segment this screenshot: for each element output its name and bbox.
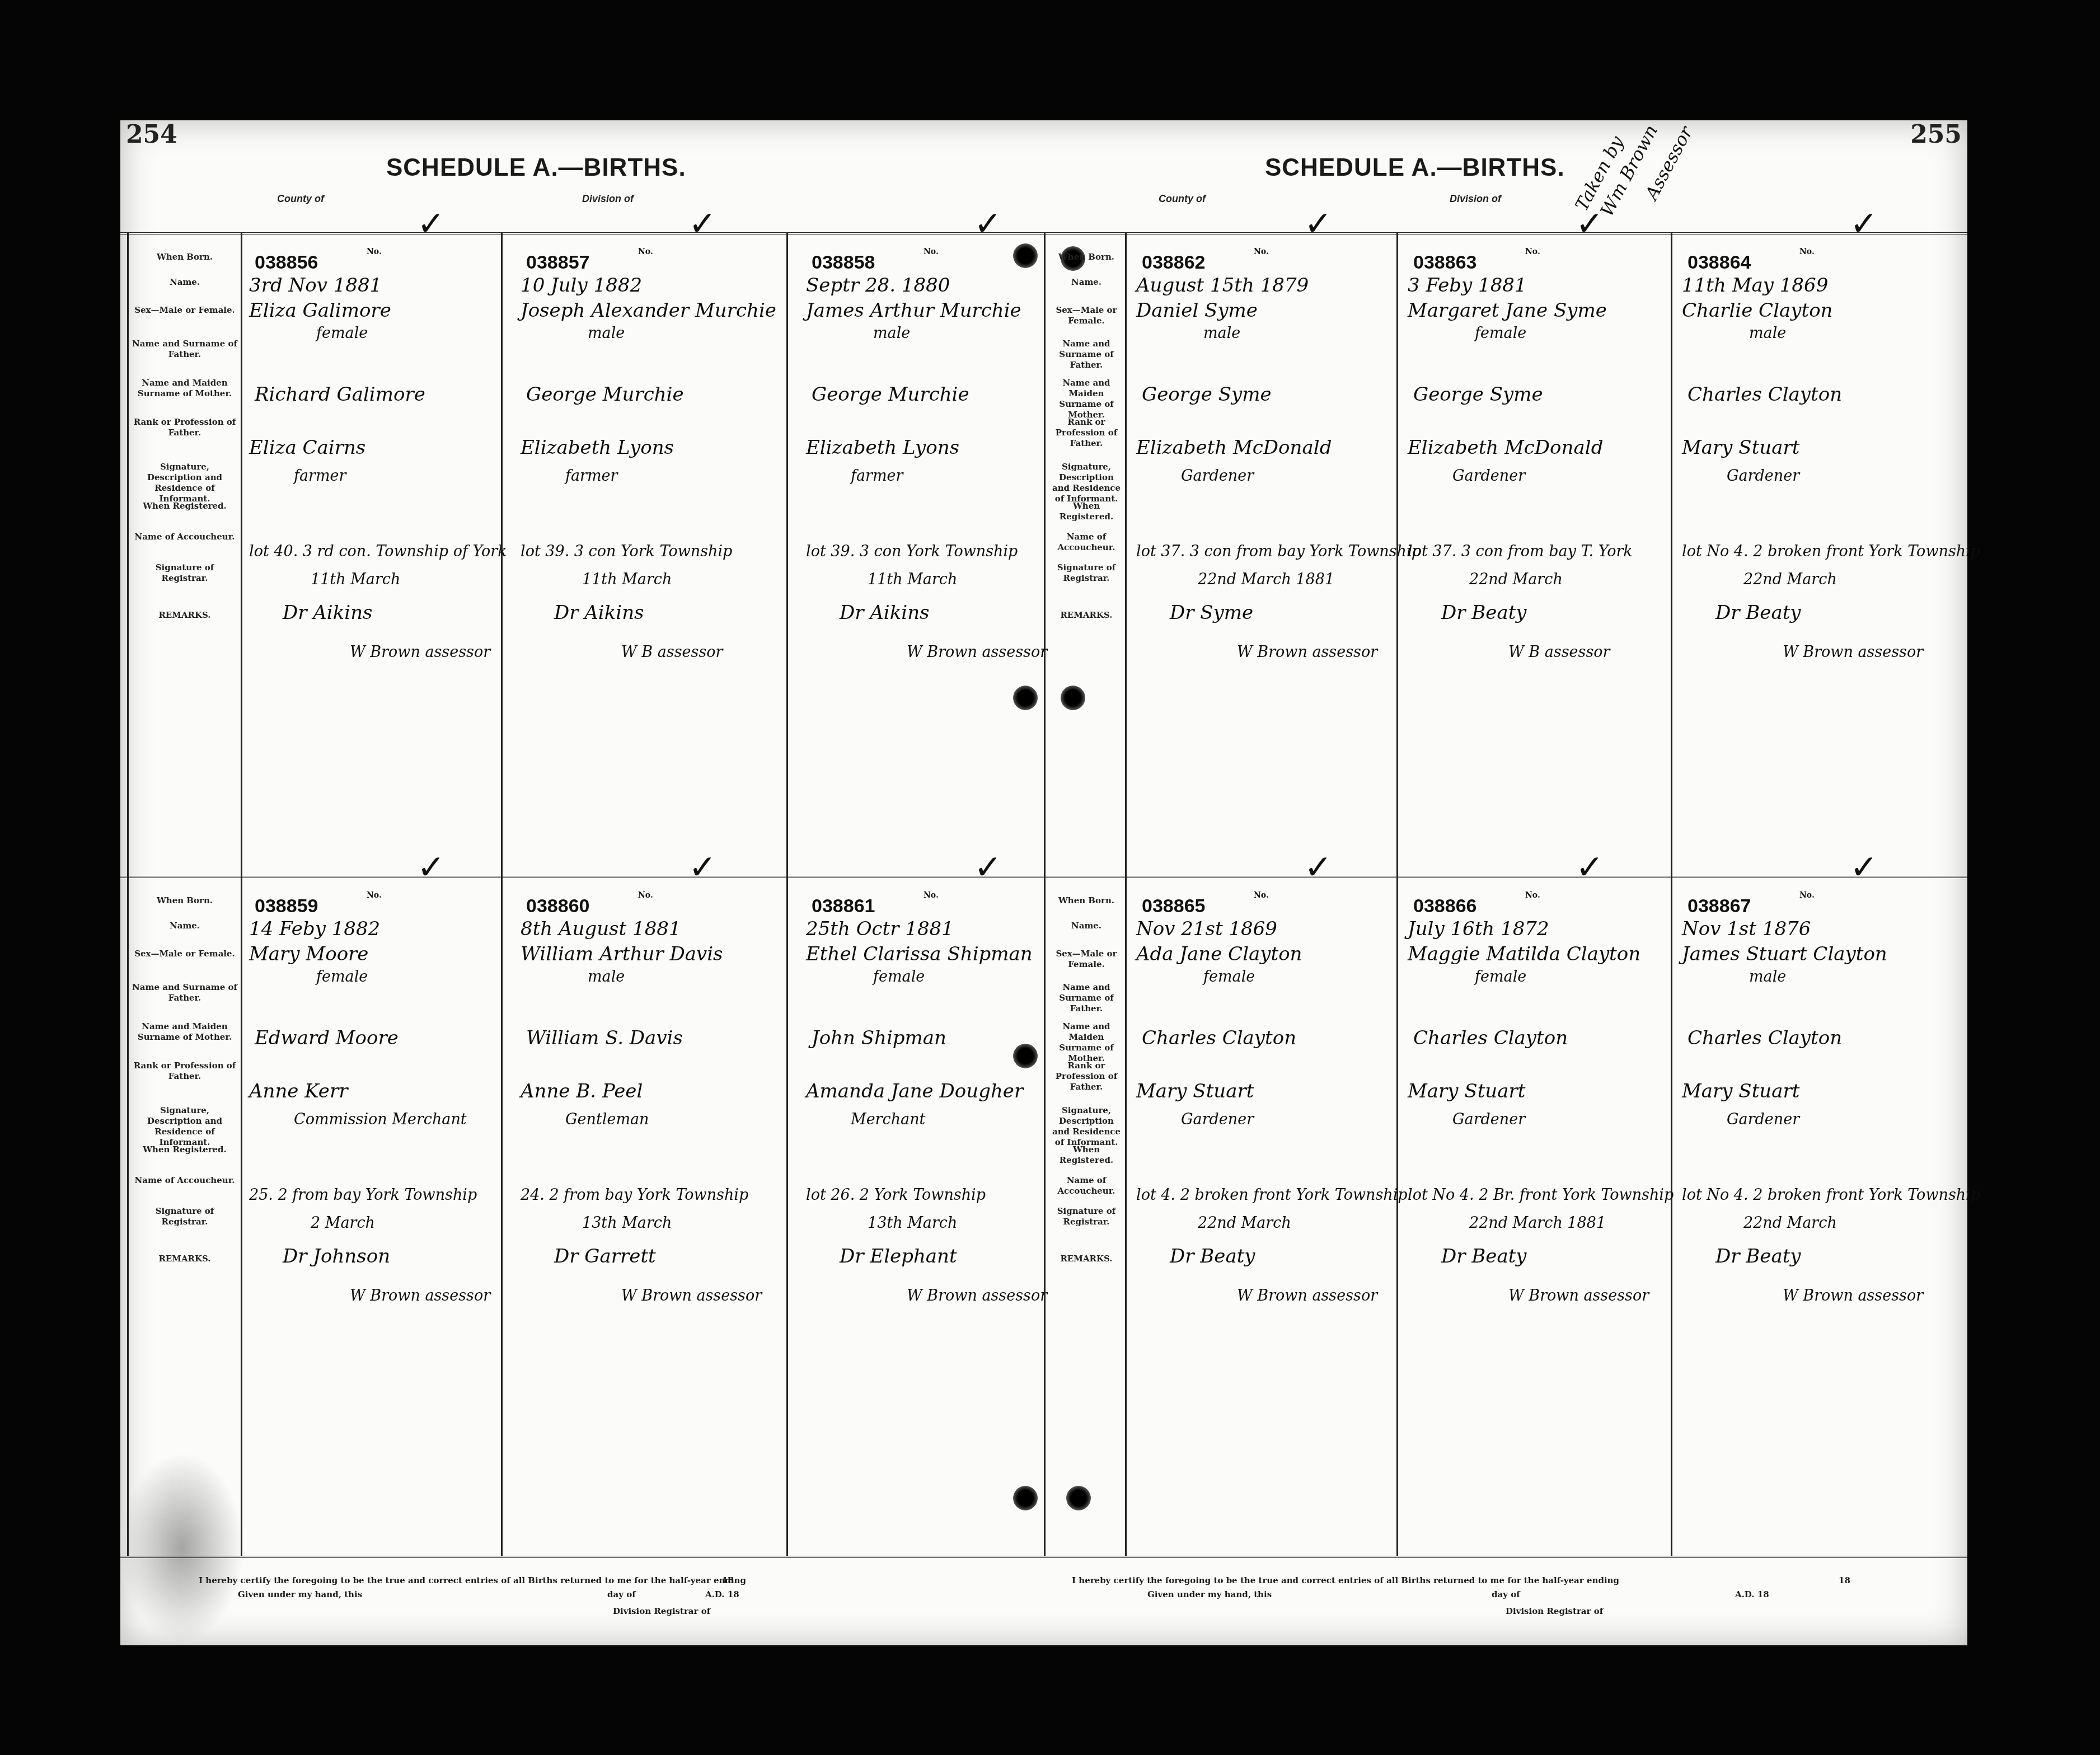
left-top-label-when-born: When Born. <box>132 252 238 262</box>
entry-mother: Mary Stuart <box>1682 1080 1799 1102</box>
check-mark-icon: ✓ <box>1850 204 1878 243</box>
no-label: No. <box>1254 247 1269 256</box>
entry-sex: male <box>1203 325 1240 342</box>
entry-profession: Gardener <box>1452 467 1525 485</box>
left-label-divider <box>241 232 242 1556</box>
entry-number: 038865 <box>1142 895 1205 917</box>
entry-informant: lot No 4. 2 Br. front York Township <box>1408 1186 1674 1204</box>
entry-profession: Gardener <box>1181 467 1254 485</box>
left-col-divider-2 <box>786 232 788 1556</box>
right-footer-ad: A.D. 18 <box>1735 1589 1769 1599</box>
left-footer-registrar: Division Registrar of <box>613 1606 710 1616</box>
entry-accoucheur: Dr Beaty <box>1715 602 1801 624</box>
left-footer-given: Given under my hand, this <box>238 1589 362 1599</box>
left-footer-certify: I hereby certify the foregoing to be the… <box>199 1575 746 1585</box>
binding-hole <box>1013 686 1038 710</box>
entry-name: Maggie Matilda Clayton <box>1408 943 1640 965</box>
right-division-caption: Division of <box>1450 193 1501 205</box>
entry-registered: 22nd March 1881 <box>1198 571 1334 588</box>
entry-father: George Murchie <box>526 383 684 406</box>
entry-informant: lot 26. 2 York Township <box>806 1186 986 1204</box>
right-bottom-label-profession: Rank or Profession of Father. <box>1049 1060 1123 1092</box>
entry-sex: female <box>316 325 368 342</box>
entry-registrar: W Brown assessor <box>907 644 1047 661</box>
no-label: No. <box>924 891 939 900</box>
right-top-label-remarks: REMARKS. <box>1049 610 1123 621</box>
entry-profession: farmer <box>851 467 903 485</box>
right-bottom-label-name: Name. <box>1049 921 1123 931</box>
entry-when-born: 25th Octr 1881 <box>806 918 954 940</box>
binding-hole <box>1066 1486 1091 1510</box>
entry-number: 038861 <box>812 895 875 917</box>
right-top-label-accoucheur: Name of Accoucheur. <box>1049 532 1123 553</box>
left-bottom-label-informant: Signature, Description and Residence of … <box>132 1105 238 1148</box>
left-bottom-label-sex: Sex—Male or Female. <box>132 949 238 959</box>
entry-when-born: Nov 1st 1876 <box>1682 918 1811 940</box>
entry-registrar: W Brown assessor <box>1237 1287 1377 1304</box>
entry-informant: 24. 2 from bay York Township <box>521 1186 748 1204</box>
left-county-caption: County of <box>277 193 324 205</box>
entry-registrar: W Brown assessor <box>1508 1287 1649 1304</box>
check-mark-icon: ✓ <box>688 848 716 887</box>
entry-father: Edward Moore <box>255 1027 399 1049</box>
entry-when-born: 14 Feby 1882 <box>249 918 380 940</box>
entry-father: George Syme <box>1413 383 1543 406</box>
right-bottom-label-sex: Sex—Male or Female. <box>1049 949 1123 970</box>
entry-sex: female <box>1475 325 1526 342</box>
right-bottom-label-when-born: When Born. <box>1049 895 1123 906</box>
entry-mother: Elizabeth McDonald <box>1408 437 1603 459</box>
bottom-rule <box>120 1556 1967 1558</box>
entry-informant: lot 4. 2 broken front York Township <box>1136 1186 1408 1204</box>
entry-mother: Mary Stuart <box>1408 1080 1525 1102</box>
entry-accoucheur: Dr Beaty <box>1170 1245 1255 1268</box>
entry-mother: Elizabeth Lyons <box>806 437 959 459</box>
entry-mother: Anne B. Peel <box>521 1080 643 1102</box>
entry-registrar: W Brown assessor <box>907 1287 1047 1304</box>
entry-registrar: W Brown assessor <box>621 1287 762 1304</box>
entry-profession: Gardener <box>1452 1111 1525 1128</box>
entry-sex: male <box>588 325 625 342</box>
entry-informant: lot No 4. 2 broken front York Township <box>1682 1186 1980 1204</box>
entry-registered: 11th March <box>311 571 400 588</box>
gutter-fold <box>1044 232 1046 1556</box>
entry-accoucheur: Dr Beaty <box>1441 602 1527 624</box>
right-top-label-father: Name and Surname of Father. <box>1049 339 1123 370</box>
entry-father: William S. Davis <box>526 1027 683 1049</box>
entry-informant: lot No 4. 2 broken front York Township <box>1682 543 1980 560</box>
entry-sex: male <box>588 968 625 986</box>
entry-name: Mary Moore <box>249 943 368 965</box>
left-bottom-label-registrar: Signature of Registrar. <box>132 1206 238 1227</box>
entry-registrar: W Brown assessor <box>1237 644 1377 661</box>
right-col-divider-2 <box>1671 232 1672 1556</box>
left-margin-line <box>127 232 129 1556</box>
entry-registered: 22nd March <box>1743 1214 1837 1232</box>
left-top-label-remarks: REMARKS. <box>132 610 238 621</box>
left-page-number: 254 <box>126 120 177 149</box>
left-footer-ad: A.D. 18 <box>705 1589 739 1599</box>
entry-name: Daniel Syme <box>1136 299 1258 322</box>
entry-registrar: W Brown assessor <box>350 644 490 661</box>
left-bottom-label-when-born: When Born. <box>132 895 238 906</box>
entry-profession: farmer <box>294 467 346 485</box>
entry-profession: Gardener <box>1727 467 1799 485</box>
paper-stain <box>120 1452 243 1643</box>
entry-number: 038856 <box>255 252 318 274</box>
left-col-divider-1 <box>501 232 503 1556</box>
entry-number: 038860 <box>526 895 589 917</box>
right-top-label-when-registered: When Registered. <box>1049 501 1123 522</box>
check-mark-icon: ✓ <box>1850 848 1878 887</box>
entry-name: Ada Jane Clayton <box>1136 943 1302 965</box>
left-top-label-mother: Name and Maiden Surname of Mother. <box>132 378 238 399</box>
entry-sex: male <box>1749 325 1786 342</box>
entry-sex: female <box>316 968 368 986</box>
no-label: No. <box>1525 247 1540 256</box>
entry-number: 038857 <box>526 252 589 274</box>
right-bottom-label-father: Name and Surname of Father. <box>1049 982 1123 1014</box>
left-division-caption: Division of <box>582 193 634 205</box>
entry-registrar: W Brown assessor <box>1783 1287 1923 1304</box>
entry-profession: Commission Merchant <box>294 1111 467 1128</box>
entry-informant: lot 37. 3 con from bay T. York <box>1408 543 1633 560</box>
entry-when-born: Nov 21st 1869 <box>1136 918 1277 940</box>
entry-number: 038859 <box>255 895 318 917</box>
entry-number: 038862 <box>1142 252 1205 274</box>
entry-profession: Gardener <box>1181 1111 1254 1128</box>
right-top-label-name: Name. <box>1049 277 1123 288</box>
entry-profession: Gentleman <box>565 1111 649 1128</box>
entry-mother: Elizabeth Lyons <box>521 437 674 459</box>
entry-name: Eliza Galimore <box>249 299 391 322</box>
entry-accoucheur: Dr Beaty <box>1715 1245 1801 1268</box>
entry-when-born: 8th August 1881 <box>521 918 681 940</box>
entry-name: James Arthur Murchie <box>806 299 1021 322</box>
check-mark-icon: ✓ <box>1304 848 1332 887</box>
entry-mother: Amanda Jane Dougher <box>806 1080 1023 1102</box>
no-label: No. <box>367 247 382 256</box>
entry-registered: 22nd March <box>1469 571 1563 588</box>
entry-father: George Murchie <box>812 383 969 406</box>
left-top-label-father: Name and Surname of Father. <box>132 339 238 360</box>
check-mark-icon: ✓ <box>1304 204 1332 243</box>
right-footer-given: Given under my hand, this <box>1147 1589 1272 1599</box>
no-label: No. <box>367 891 382 900</box>
no-label: No. <box>1799 247 1815 256</box>
entry-registered: 22nd March 1881 <box>1469 1214 1606 1232</box>
entry-father: John Shipman <box>812 1027 946 1049</box>
entry-father: George Syme <box>1142 383 1272 406</box>
entry-profession: Merchant <box>851 1111 925 1128</box>
entry-informant: lot 40. 3 rd con. Township of York <box>249 543 507 560</box>
entry-profession: Gardener <box>1727 1111 1799 1128</box>
entry-sex: female <box>873 968 925 986</box>
left-top-label-when-registered: When Registered. <box>132 501 238 512</box>
entry-when-born: Septr 28. 1880 <box>806 274 950 297</box>
right-footer-registrar: Division Registrar of <box>1506 1606 1603 1616</box>
entry-registrar: W Brown assessor <box>350 1287 490 1304</box>
register-paper: 254 255 SCHEDULE A.—BIRTHS. SCHEDULE A.—… <box>120 120 1967 1645</box>
left-top-label-name: Name. <box>132 277 238 288</box>
entry-informant: lot 39. 3 con York Township <box>521 543 732 560</box>
entry-number: 038858 <box>812 252 875 274</box>
entry-accoucheur: Dr Syme <box>1170 602 1253 624</box>
entry-registered: 2 March <box>311 1214 375 1232</box>
left-top-label-informant: Signature, Description and Residence of … <box>132 462 238 504</box>
entry-accoucheur: Dr Aikins <box>283 602 373 624</box>
entry-when-born: August 15th 1879 <box>1136 274 1309 297</box>
entry-number: 038866 <box>1413 895 1476 917</box>
entry-accoucheur: Dr Johnson <box>283 1245 390 1268</box>
right-footer-year: 18 <box>1839 1575 1850 1585</box>
binding-hole <box>1013 1044 1038 1068</box>
entry-sex: female <box>1475 968 1526 986</box>
entry-name: Margaret Jane Syme <box>1408 299 1607 322</box>
no-label: No. <box>924 247 939 256</box>
left-footer-year: 18 <box>722 1575 734 1585</box>
right-top-label-informant: Signature, Description and Residence of … <box>1049 462 1123 504</box>
right-top-label-profession: Rank or Profession of Father. <box>1049 417 1123 449</box>
right-footer-certify: I hereby certify the foregoing to be the… <box>1072 1575 1619 1585</box>
entry-registered: 22nd March <box>1198 1214 1291 1232</box>
entry-mother: Elizabeth McDonald <box>1136 437 1332 459</box>
entry-father: Richard Galimore <box>255 383 425 406</box>
check-mark-icon: ✓ <box>1576 204 1604 243</box>
left-bottom-label-when-registered: When Registered. <box>132 1144 238 1155</box>
entry-registered: 11th March <box>868 571 957 588</box>
right-bottom-label-when-registered: When Registered. <box>1049 1144 1123 1166</box>
entry-registered: 13th March <box>868 1214 957 1232</box>
right-footer-day-of: day of <box>1492 1589 1520 1599</box>
entry-when-born: July 16th 1872 <box>1408 918 1549 940</box>
entry-name: Ethel Clarissa Shipman <box>806 943 1033 965</box>
entry-father: Charles Clayton <box>1413 1027 1568 1049</box>
entry-registrar: W Brown assessor <box>1783 644 1923 661</box>
right-bottom-label-remarks: REMARKS. <box>1049 1254 1123 1264</box>
left-page-title: SCHEDULE A.—BIRTHS. <box>386 154 686 182</box>
right-label-divider <box>1125 232 1127 1556</box>
right-top-label-when-born: When Born. <box>1049 252 1123 262</box>
entry-when-born: 3 Feby 1881 <box>1408 274 1527 297</box>
no-label: No. <box>1525 891 1540 900</box>
entry-father: Charles Clayton <box>1142 1027 1296 1049</box>
check-mark-icon: ✓ <box>417 204 445 243</box>
right-page-number: 255 <box>1910 120 1962 149</box>
no-label: No. <box>638 891 653 900</box>
check-mark-icon: ✓ <box>688 204 716 243</box>
entry-profession: farmer <box>565 467 618 485</box>
entry-accoucheur: Dr Beaty <box>1441 1245 1527 1268</box>
entry-registrar: W B assessor <box>621 644 723 661</box>
entry-accoucheur: Dr Garrett <box>554 1245 656 1268</box>
entry-registered: 13th March <box>582 1214 672 1232</box>
right-col-divider-1 <box>1396 232 1398 1556</box>
entry-sex: male <box>1749 968 1786 986</box>
left-footer-day-of: day of <box>607 1589 636 1599</box>
left-bottom-label-accoucheur: Name of Accoucheur. <box>132 1175 238 1186</box>
check-mark-icon: ✓ <box>974 848 1002 887</box>
entry-when-born: 10 July 1882 <box>521 274 642 297</box>
left-top-label-sex: Sex—Male or Female. <box>132 305 238 316</box>
right-bottom-label-accoucheur: Name of Accoucheur. <box>1049 1175 1123 1196</box>
right-top-label-sex: Sex—Male or Female. <box>1049 305 1123 326</box>
entry-accoucheur: Dr Aikins <box>840 602 930 624</box>
right-bottom-label-mother: Name and Maiden Surname of Mother. <box>1049 1021 1123 1064</box>
right-top-label-mother: Name and Maiden Surname of Mother. <box>1049 378 1123 420</box>
left-bottom-label-name: Name. <box>132 921 238 931</box>
entry-number: 038867 <box>1687 895 1751 917</box>
binding-hole <box>1013 1486 1038 1510</box>
left-top-label-accoucheur: Name of Accoucheur. <box>132 532 238 542</box>
entry-registrar: W B assessor <box>1508 644 1610 661</box>
left-bottom-label-profession: Rank or Profession of Father. <box>132 1060 238 1082</box>
right-bottom-label-registrar: Signature of Registrar. <box>1049 1206 1123 1227</box>
left-bottom-label-mother: Name and Maiden Surname of Mother. <box>132 1021 238 1043</box>
entry-when-born: 11th May 1869 <box>1682 274 1828 297</box>
check-mark-icon: ✓ <box>1576 848 1604 887</box>
entry-father: Charles Clayton <box>1687 1027 1842 1049</box>
entry-registered: 22nd March <box>1743 571 1837 588</box>
entry-mother: Anne Kerr <box>249 1080 348 1102</box>
entry-father: Charles Clayton <box>1687 383 1842 406</box>
right-bottom-label-informant: Signature, Description and Residence of … <box>1049 1105 1123 1148</box>
right-top-label-registrar: Signature of Registrar. <box>1049 562 1123 584</box>
left-bottom-label-remarks: REMARKS. <box>132 1254 238 1264</box>
check-mark-icon: ✓ <box>974 204 1002 243</box>
entry-mother: Mary Stuart <box>1682 437 1799 459</box>
entry-name: William Arthur Davis <box>521 943 723 965</box>
entry-name: Charlie Clayton <box>1682 299 1833 322</box>
entry-accoucheur: Dr Elephant <box>840 1245 957 1268</box>
binding-hole <box>1013 243 1038 268</box>
no-label: No. <box>638 247 653 256</box>
left-top-label-registrar: Signature of Registrar. <box>132 562 238 584</box>
entry-sex: male <box>873 325 910 342</box>
entry-accoucheur: Dr Aikins <box>554 602 644 624</box>
entry-number: 038864 <box>1687 252 1751 274</box>
entry-registered: 11th March <box>582 571 672 588</box>
check-mark-icon: ✓ <box>417 848 445 887</box>
no-label: No. <box>1254 891 1269 900</box>
right-page-title: SCHEDULE A.—BIRTHS. <box>1265 154 1565 182</box>
entry-name: James Stuart Clayton <box>1682 943 1887 965</box>
left-bottom-label-father: Name and Surname of Father. <box>132 982 238 1003</box>
entry-name: Joseph Alexander Murchie <box>521 299 776 322</box>
entry-informant: 25. 2 from bay York Township <box>249 1186 477 1204</box>
left-top-label-profession: Rank or Profession of Father. <box>132 417 238 438</box>
entry-sex: female <box>1203 968 1255 986</box>
no-label: No. <box>1799 891 1815 900</box>
binding-hole <box>1061 686 1085 710</box>
entry-number: 038863 <box>1413 252 1476 274</box>
right-county-caption: County of <box>1159 193 1206 205</box>
entry-informant: lot 37. 3 con from bay York Township <box>1136 543 1421 560</box>
entry-informant: lot 39. 3 con York Township <box>806 543 1018 560</box>
entry-mother: Eliza Cairns <box>249 437 365 459</box>
entry-mother: Mary Stuart <box>1136 1080 1254 1102</box>
entry-when-born: 3rd Nov 1881 <box>249 274 382 297</box>
